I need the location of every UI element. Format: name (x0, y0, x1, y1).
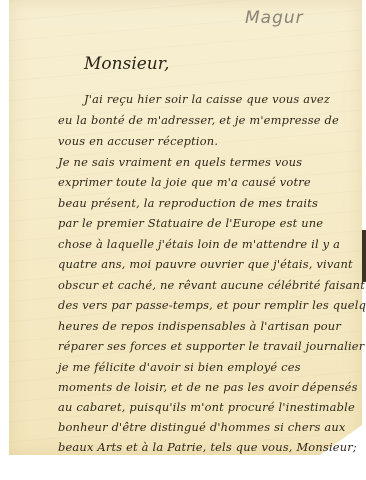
letter-line: obscur et caché, ne rêvant aucune célébr… (58, 278, 365, 292)
letter-line: par le premier Statuaire de l'Europe est… (58, 216, 323, 230)
letter-line: quatre ans, moi pauvre ouvrier que j'éta… (58, 257, 353, 271)
letter-line: beau présent, la reproduction de mes tra… (58, 196, 318, 210)
letter-line: chose à laquelle j'étais loin de m'atten… (58, 237, 340, 251)
letter-line: je me félicite d'avoir si bien employé c… (58, 360, 301, 374)
letter-line: bonheur d'être distingué d'hommes si che… (58, 420, 346, 434)
salutation: Monsieur, (84, 54, 169, 74)
letter-line: eu la bonté de m'adresser, et je m'empre… (58, 113, 339, 127)
page-edge-shadow (362, 230, 366, 282)
letter-line: exprimer toute la joie que m'a causé vot… (58, 175, 311, 189)
letter-line: J'ai reçu hier soir la caisse que vous a… (84, 92, 330, 106)
letter-line: moments de loisir, et de ne pas les avoi… (58, 380, 358, 394)
letter-line: vous en accuser réception. (58, 134, 218, 148)
letter-line: au cabaret, puisqu'ils m'ont procuré l'i… (58, 400, 355, 414)
letter-line: heures de repos indispensables à l'artis… (58, 319, 341, 333)
letter-line: des vers par passe-temps, et pour rempli… (58, 298, 366, 312)
letter-line: beaux Arts et à la Patrie, tels que vous… (58, 440, 357, 454)
pencil-annotation: Magur (245, 8, 304, 28)
letter-line: Je ne sais vraiment en quels termes vous (58, 155, 302, 169)
letter-line: réparer ses forces et supporter le trava… (58, 339, 364, 353)
